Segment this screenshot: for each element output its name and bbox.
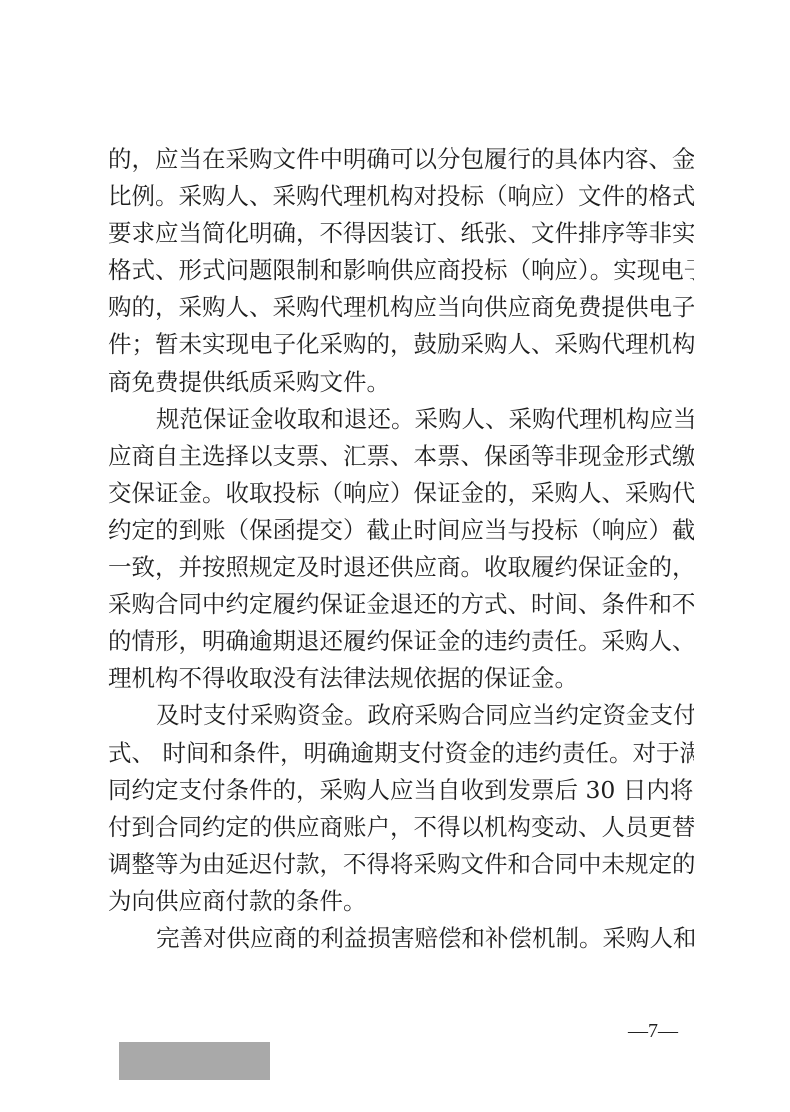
text-line: 应商自主选择以支票、汇票、本票、保函等非现金形式缴纳或提 [108, 438, 694, 475]
text-line: 理机构不得收取没有法律法规依据的保证金。 [108, 660, 694, 697]
text-line: 商免费提供纸质采购文件。 [108, 364, 694, 401]
paragraph-payment: 及时支付采购资金。政府采购合同应当约定资金支付的方 式、 时间和条件，明确逾期支… [108, 697, 694, 920]
text-line: 式、 时间和条件，明确逾期支付资金的违约责任。对于满足合 [108, 735, 694, 772]
text-line: 购的，采购人、采购代理机构应当向供应商免费提供电子采购文 [108, 289, 694, 326]
text-line: 同约定支付条件的，采购人应当自收到发票后 30 日内将资金支 [108, 772, 694, 809]
text-line: 付到合同约定的供应商账户，不得以机构变动、人员更替、政策 [108, 809, 694, 846]
text-line: 调整等为由延迟付款，不得将采购文件和合同中未规定的义务作 [108, 846, 694, 883]
text-line: 的情形，明确逾期退还履约保证金的违约责任。采购人、采购代 [108, 623, 694, 660]
text-line: 格式、形式问题限制和影响供应商投标（响应）。实现电子化采 [108, 252, 694, 289]
text-line: 比例。采购人、采购代理机构对投标（响应）文件的格式、形式 [108, 178, 694, 215]
text-line: 要求应当简化明确，不得因装订、纸张、文件排序等非实质性的 [108, 215, 694, 252]
text-line: 约定的到账（保函提交）截止时间应当与投标（响应）截止时间 [108, 512, 694, 549]
text-line: 采购合同中约定履约保证金退还的方式、时间、条件和不予退还 [108, 586, 694, 623]
page-body: 的，应当在采购文件中明确可以分包履行的具体内容、金额或者 比例。采购人、采购代理… [108, 141, 694, 957]
paragraph-subcontract-continued: 的，应当在采购文件中明确可以分包履行的具体内容、金额或者 比例。采购人、采购代理… [108, 141, 694, 401]
text-line: 的，应当在采购文件中明确可以分包履行的具体内容、金额或者 [108, 141, 694, 178]
paragraph-heading-line: 规范保证金收取和退还。采购人、采购代理机构应当允许供 [108, 401, 694, 438]
paragraph-compensation: 完善对供应商的利益损害赔偿和补偿机制。采购人和供应商 [108, 920, 694, 957]
page-number: —7— [628, 1020, 678, 1043]
redacted-stamp-block [119, 1042, 270, 1080]
text-line: 件；暂未实现电子化采购的，鼓励采购人、采购代理机构向供应 [108, 326, 694, 363]
text-line: 为向供应商付款的条件。 [108, 883, 694, 920]
text-line: 交保证金。收取投标（响应）保证金的，采购人、采购代理机构 [108, 475, 694, 512]
paragraph-deposit: 规范保证金收取和退还。采购人、采购代理机构应当允许供 应商自主选择以支票、汇票、… [108, 401, 694, 698]
text-line: 一致，并按照规定及时退还供应商。收取履约保证金的，应当在 [108, 549, 694, 586]
paragraph-heading-line: 及时支付采购资金。政府采购合同应当约定资金支付的方 [108, 697, 694, 734]
paragraph-heading-line: 完善对供应商的利益损害赔偿和补偿机制。采购人和供应商 [108, 920, 694, 957]
